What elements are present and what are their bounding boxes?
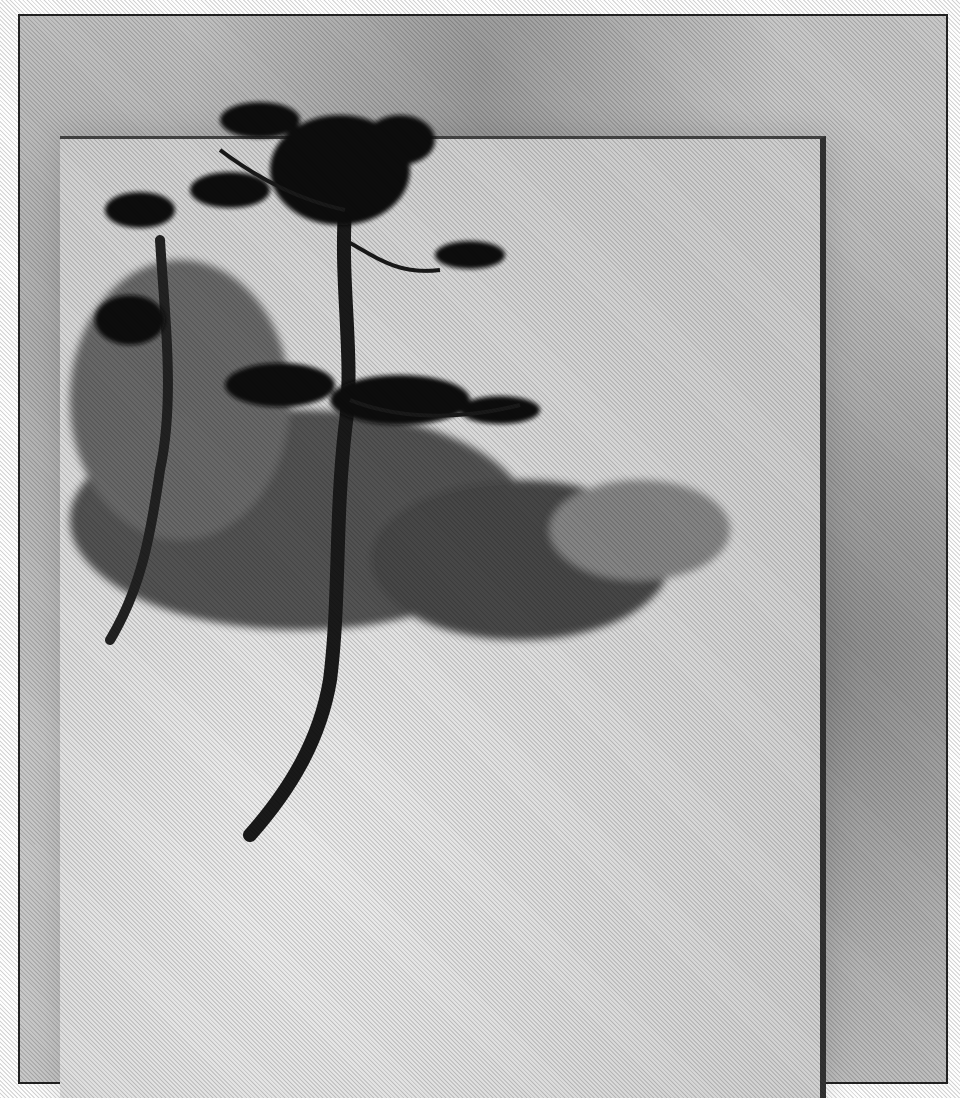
halftone-grain: [0, 0, 960, 1098]
